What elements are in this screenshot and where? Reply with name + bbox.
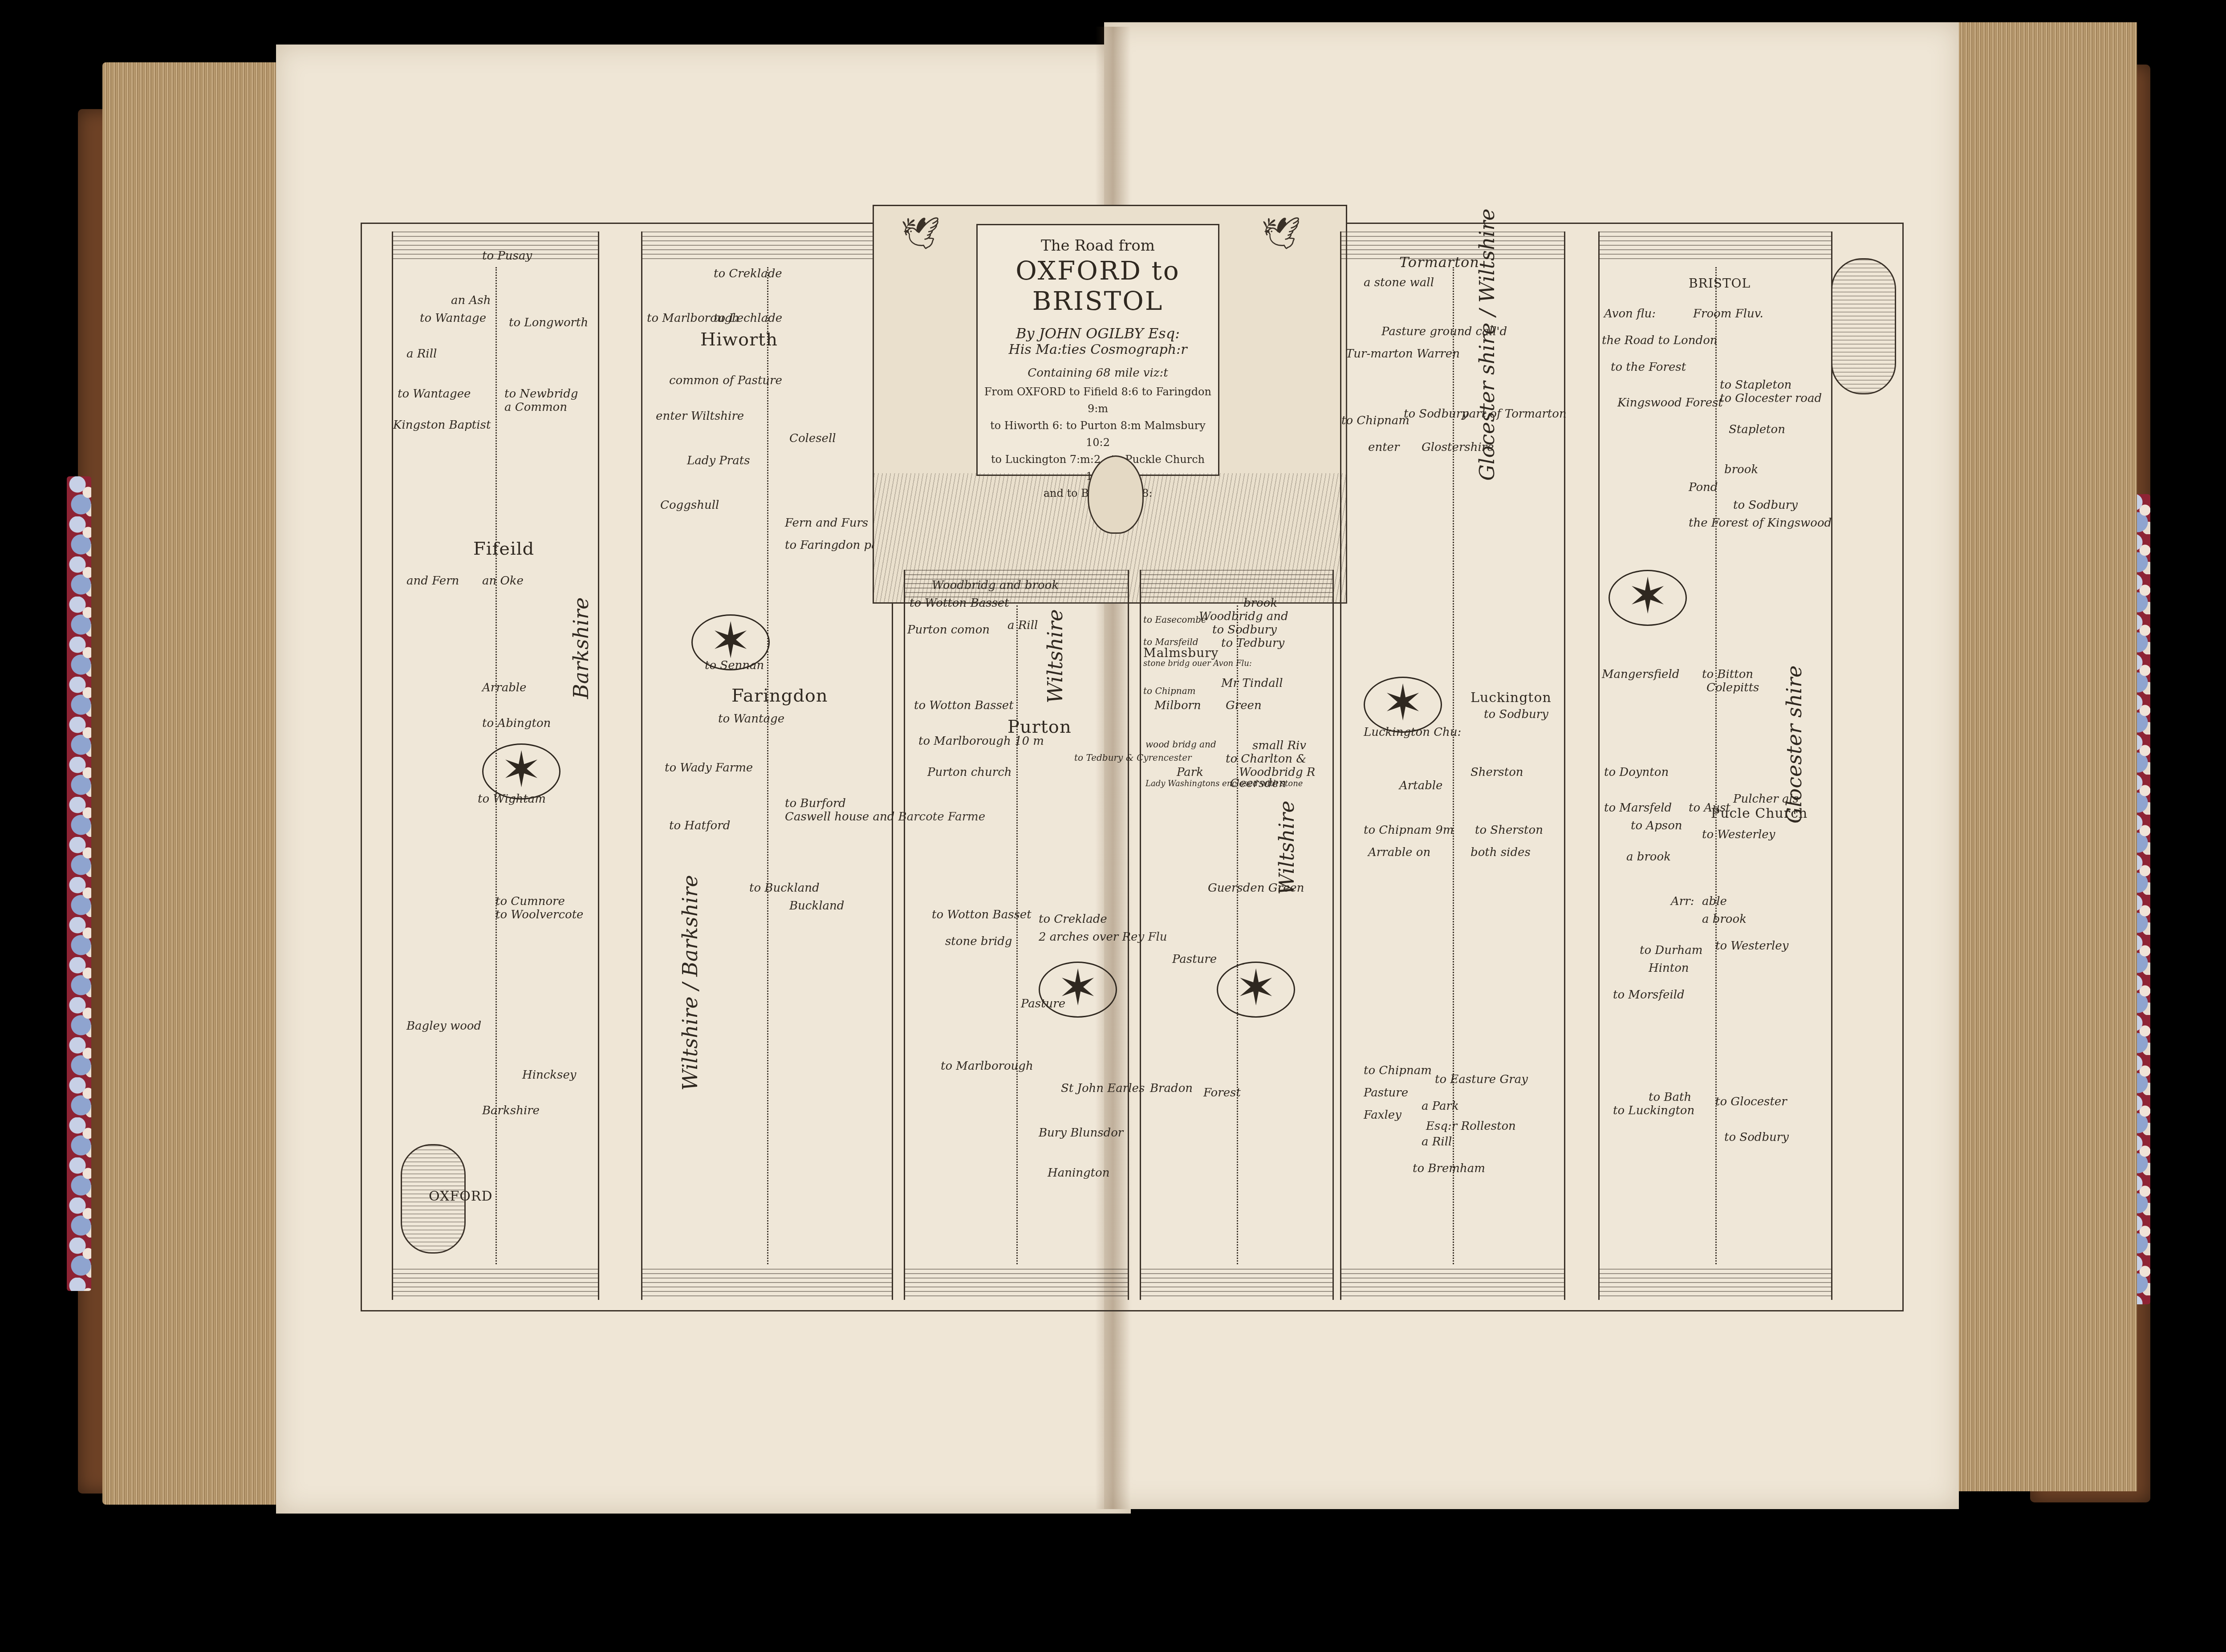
map-label: to Easture Gray [1435,1073,1528,1086]
map-label: an Oke [482,574,524,588]
map-label: to Woolvercote [496,908,584,921]
map-label: to Glocester road [1720,392,1822,405]
map-label: to Morsfeild [1613,988,1685,1002]
map-label: a Rill [1007,619,1038,632]
author-line: By JOHN OGILBY Esq: [978,325,1218,342]
scroll-roll [642,231,892,263]
main-title: OXFORD to BRISTOL [978,256,1218,316]
map-label: an Ash [451,294,491,307]
compass-rose-icon [1217,962,1295,1018]
map-label: to Glocester [1715,1095,1787,1108]
map-label: Colesell [789,432,836,445]
map-label: to Luckington [1613,1104,1694,1117]
map-label: and Fern [406,574,459,588]
map-label: to Cumnore [496,895,565,908]
compass-rose-icon [691,614,770,670]
map-label: a stone wall [1364,276,1434,289]
scroll-roll [1141,570,1332,601]
map-label: to Westerley [1702,828,1775,841]
county-label: Wiltshire [1043,609,1067,703]
scroll-roll [1341,1269,1564,1300]
road-line [1715,267,1717,1264]
map-label: Green [1226,699,1262,712]
map-label: to Creklade [714,267,782,280]
map-label: to Bitton [1702,668,1753,681]
map-label: Woodbridg and brook [932,579,1059,592]
map-label: brook [1724,463,1758,476]
map-label: to Sodbury [1484,708,1548,721]
map-label: Artable [1399,779,1443,792]
map-label: Stapleton [1729,423,1785,436]
map-label: to Doynton [1604,766,1669,779]
map-label: to Chipnam [1143,686,1196,696]
map-label: Arrable on [1368,846,1430,859]
map-label: a Rill [406,347,437,361]
compass-rose-icon [1039,962,1117,1018]
map-label: Mangersfield [1602,668,1679,681]
map-label: to Sodbury [1724,1131,1789,1144]
map-label: Barkshire [482,1104,540,1117]
map-label: Bagley wood [406,1019,481,1033]
map-label: to Bath [1649,1091,1691,1104]
map-label: Avon flu: [1604,307,1656,321]
strip-6: BRISTOL Avon flu: Froom Fluv. the Road t… [1598,231,1832,1300]
map-label: Park [1177,766,1203,779]
scroll-end-ornament [1831,258,1896,394]
map-label: to Wady Farme [665,761,753,775]
map-label: Pasture [1364,1086,1408,1100]
map-label: Arr: [1671,895,1694,908]
right-page-block [1950,22,2137,1491]
map-label: Lady Washingtons enclosed with stone [1145,779,1303,788]
map-label: Faxley [1364,1108,1401,1122]
map-label: to Lechlade [714,312,782,325]
title-line: The Road from [978,237,1218,255]
map-label: to Sherston [1475,824,1543,837]
strip-4: brook to Easecombe Woodbridg and to Sodb… [1140,570,1334,1300]
strip-3: Woodbridg and brook to Wotton Basset a R… [904,570,1129,1300]
strip-5: Tormarton a stone wall Pasture ground ca… [1340,231,1565,1300]
map-label: Purton church [927,766,1012,779]
map-label: enter [1368,441,1399,454]
map-label: a brook [1702,913,1747,926]
map-label: to Sodbury [1733,499,1798,512]
town-label: Tormarton [1399,254,1479,271]
map-label: to the Forest [1611,361,1686,374]
map-label: to Marlborough [941,1059,1033,1073]
map-label: to Bremham [1413,1162,1485,1175]
map-label: Esq:r Rolleston [1426,1120,1516,1133]
compass-rose-icon [1364,677,1442,733]
map-label: Sherston [1470,766,1523,779]
map-label: to Pusay [482,249,532,263]
map-label: to Charlton & [1226,752,1307,766]
map-label: Milborn [1154,699,1201,712]
containing-line: Containing 68 mile viz:t [978,366,1218,380]
left-page-block [102,62,294,1505]
map-label: Mr Tindall [1221,677,1283,690]
strip-2: to Creklade to Marlborough to Lechlade H… [641,231,893,1300]
map-label: a Rill [1422,1135,1452,1149]
map-label: Buckland [789,899,844,913]
map-label: to Chipnam 9m [1364,824,1454,837]
scroll-roll [1600,1269,1831,1300]
map-label: to Westerley [1715,939,1788,953]
map-label: to Chipnam [1364,1064,1432,1077]
map-label: Hanington [1048,1166,1109,1180]
itinerary-line: From OXFORD to Fifield 8:6 to Faringdon … [978,383,1218,417]
map-label: stone bridg [945,935,1012,948]
bird-icon: 🕊 [901,215,940,252]
map-label: to Sodbury [1212,623,1277,637]
map-label: wood bridg and [1145,739,1216,750]
map-label: Coggshull [660,499,719,512]
map-label: Arrable [482,681,526,694]
county-label: Barkshire [569,597,593,699]
map-label: Forest [1203,1086,1241,1100]
scroll-end-ornament [401,1144,466,1254]
map-label: to Apson [1631,819,1682,832]
map-label: to Marlborough 10 m [918,735,1044,748]
county-label: Glocester shire / Wiltshire [1475,209,1499,481]
scroll-roll [642,1269,892,1300]
map-label: to Burford [785,797,846,810]
map-label: to Creklade [1039,913,1107,926]
map-label: to Sodbury [1404,407,1468,421]
map-label: able [1702,895,1727,908]
royal-coat-of-arms-icon [1088,455,1144,534]
bird-icon: 🕊 [1261,215,1301,252]
map-label: Tur-marton Warren [1346,347,1460,361]
compass-rose-icon [482,743,561,800]
map-label: a Common [504,401,567,414]
map-label: to Hatford [669,819,730,832]
road-line [1016,605,1018,1264]
map-label: a Park [1422,1100,1459,1113]
map-label: enter Wiltshire [656,410,744,423]
county-label: Glocester shire [1782,666,1806,824]
map-label: small Riv [1252,739,1306,752]
title-cartouche: 🕊 🕊 The Road from OXFORD to BRISTOL By J… [873,205,1347,604]
left-marbled-board [67,476,91,1291]
town-label: Fifeild [473,539,534,559]
map-label: Bradon [1150,1082,1193,1095]
scroll-roll [905,1269,1128,1300]
map-label: to Buckland [749,881,820,895]
map-label: Froom Fluv. [1693,307,1763,321]
map-label: Lady Prats [687,454,750,467]
map-label: to Wantage [420,312,486,325]
map-label: to Abington [482,717,551,730]
map-label: to Chipnam [1341,414,1410,427]
map-label: Kingswood Forest [1617,396,1723,410]
town-label: BRISTOL [1689,276,1751,291]
map-label: to Tedbury [1221,637,1284,650]
map-label: Hincksey [522,1068,576,1082]
compass-rose-icon [1609,570,1687,626]
map-label: Pasture [1172,953,1217,966]
map-label: to Marsfeld [1604,801,1672,815]
strip-1: to Pusay an Ash to Wantage to Longworth … [392,231,599,1300]
town-label: Malmsbury [1143,645,1219,660]
map-label: the Road to London [1602,334,1718,347]
town-label: Faringdon [731,686,828,706]
map-label: St John Earles [1061,1082,1145,1095]
map-label: to Wotton Basset [914,699,1014,712]
map-label: a brook [1626,850,1671,864]
map-label: to Durham [1640,944,1702,957]
title-box: The Road from OXFORD to BRISTOL By JOHN … [976,224,1219,476]
map-label: Bury Blunsdor [1039,1126,1123,1140]
town-label: Hiworth [700,329,778,350]
county-label: Wiltshire [1275,800,1299,895]
map-label: the Forest of Kingswood [1689,516,1832,530]
map-label: common of Pasture [669,374,782,387]
itinerary-line: to Hiworth 6: to Purton 8:m Malmsbury 10… [978,417,1218,451]
map-label: Colepitts [1706,681,1759,694]
office-line: His Ma:ties Cosmograph:r [978,342,1218,357]
map-label: to Stapleton [1720,378,1791,392]
map-label: to Easecombe [1143,614,1206,625]
map-label: Woodbridg and [1199,610,1288,623]
town-label: Luckington [1470,690,1552,706]
map-label: both sides [1470,846,1531,859]
open-atlas: to Pusay an Ash to Wantage to Longworth … [0,0,2226,1652]
map-label: to Wotton Basset [910,597,1009,610]
map-label: stone bridg ouer Avon Flu: [1143,659,1252,668]
county-label: Wiltshire / Barkshire [678,875,702,1091]
map-label: Pond [1689,481,1718,494]
map-label: to Longworth [509,316,588,329]
scroll-roll [1600,231,1831,263]
map-label: Fern and Furs [785,516,868,530]
map-label: to Wantage [718,712,784,726]
scroll-roll [1141,1269,1332,1300]
map-label: brook [1243,597,1277,610]
road-line [767,267,768,1264]
map-label: Hinton [1649,962,1689,975]
map-label: Kingston Baptist [393,418,491,432]
scroll-roll [393,1269,598,1300]
map-label: Purton comon [907,623,990,637]
map-label: to Newbridg [504,387,578,401]
map-label: to Wantagee [398,387,471,401]
map-label: to Wotton Basset [932,908,1032,921]
